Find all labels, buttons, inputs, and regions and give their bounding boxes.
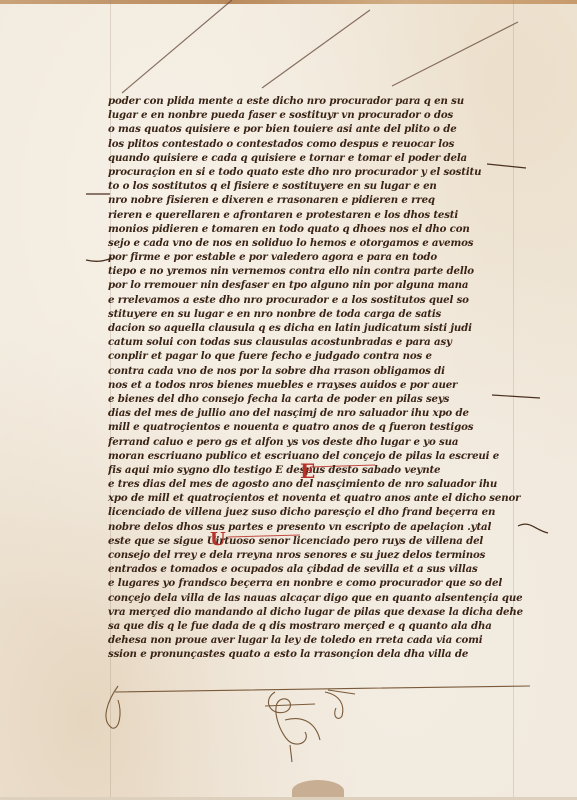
text-line: por lo rremouer nin desfaser en tpo algu… bbox=[108, 278, 538, 292]
text-line: sa que dis q le fue dada de q dis mostra… bbox=[108, 619, 538, 633]
text-line: este que se sigue Uirtuoso senor licenci… bbox=[108, 534, 538, 548]
manuscript-page: poder con plida mente a este dicho nro p… bbox=[0, 0, 577, 800]
text-line: stituyere en su lugar e en nro nonbre de… bbox=[108, 307, 538, 321]
rubric-initial-u: U bbox=[210, 531, 226, 549]
text-line: fis aqui mio sygno dlo testigo E despus … bbox=[108, 463, 538, 477]
text-line: catum solui con todas sus clausulas acos… bbox=[108, 335, 538, 349]
manuscript-text-block: poder con plida mente a este dicho nro p… bbox=[108, 94, 538, 662]
text-line: conplir et pagar lo que fuere fecho e ju… bbox=[108, 349, 538, 363]
text-line: poder con plida mente a este dicho nro p… bbox=[108, 94, 538, 108]
text-line: xpo de mill et quatroçientos et noventa … bbox=[108, 491, 538, 505]
text-line: contra cada vno de nos por la sobre dha … bbox=[108, 364, 538, 378]
text-line: por firme e por estable e por valedero a… bbox=[108, 250, 538, 264]
text-line: monios pidieren e tomaren en todo quato … bbox=[108, 222, 538, 236]
text-line: moran escriuano publico et escriuano del… bbox=[108, 449, 538, 463]
text-line: licenciado de villena juez suso dicho pa… bbox=[108, 505, 538, 519]
text-line: los plitos contestado o contestados como… bbox=[108, 137, 538, 151]
text-line: ssion e pronunçastes quato a esto la rra… bbox=[108, 647, 538, 661]
text-line: e lugares yo frandsco beçerra en nonbre … bbox=[108, 576, 538, 590]
text-line: conçejo dela villa de las nauas alcaçar … bbox=[108, 591, 538, 605]
text-line: nobre delos dhos sus partes e presento v… bbox=[108, 520, 538, 534]
text-line: quando quisiere e cada q quisiere e torn… bbox=[108, 151, 538, 165]
rubric-initial-e: E bbox=[300, 461, 315, 481]
text-line: nro nobre fisieren e dixeren e rrasonare… bbox=[108, 193, 538, 207]
text-line: lugar e en nonbre pueda faser e sostituy… bbox=[108, 108, 538, 122]
signature-flourishes bbox=[106, 686, 530, 762]
text-line: to o los sostitutos q el fisiere e sosti… bbox=[108, 179, 538, 193]
text-line: vra merçed dio mandando al dicho lugar d… bbox=[108, 605, 538, 619]
text-line: sejo e cada vno de nos en soliduo lo hem… bbox=[108, 236, 538, 250]
text-line: e rrelevamos a este dho nro procurador e… bbox=[108, 293, 538, 307]
text-line: e tres dias del mes de agosto ano del na… bbox=[108, 477, 538, 491]
text-line: consejo del rrey e dela rreyna nros seno… bbox=[108, 548, 538, 562]
text-line: nos et a todos nros bienes muebles e rra… bbox=[108, 378, 538, 392]
text-line: tiepo e no yremos nin vernemos contra el… bbox=[108, 264, 538, 278]
text-line: ferrand caluo e pero gs et alfon ys vos … bbox=[108, 435, 538, 449]
text-line: o mas quatos quisiere e por bien touiere… bbox=[108, 122, 538, 136]
text-line: procuraçion en si e todo quato este dho … bbox=[108, 165, 538, 179]
text-line: dehesa non proue aver lugar la ley de to… bbox=[108, 633, 538, 647]
text-line: dacion so aquella clausula q es dicha en… bbox=[108, 321, 538, 335]
text-line: dias del mes de jullio ano del nasçimj d… bbox=[108, 406, 538, 420]
text-line: rieren e querellaren e afrontaren e prot… bbox=[108, 208, 538, 222]
diagonal-cancel-strokes bbox=[122, 0, 518, 93]
text-line: e bienes del dho consejo fecha la carta … bbox=[108, 392, 538, 406]
text-line: mill e quatroçientos e nouenta e quatro … bbox=[108, 420, 538, 434]
text-line: entrados e tomados e ocupados ala çibdad… bbox=[108, 562, 538, 576]
